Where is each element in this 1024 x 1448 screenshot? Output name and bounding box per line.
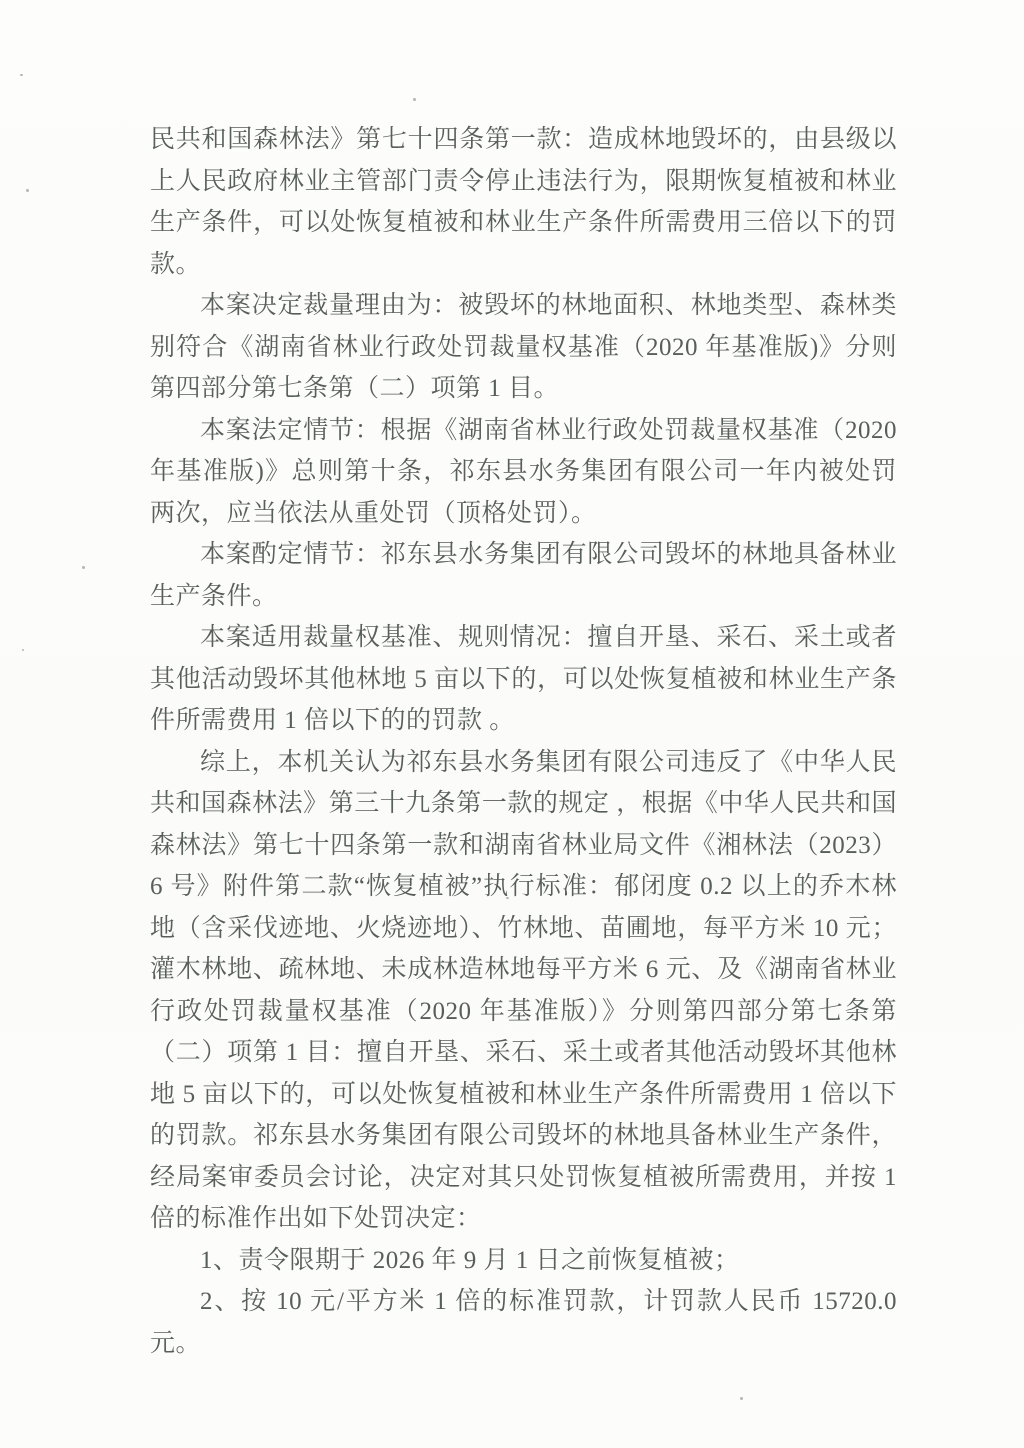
- scan-speck: [82, 566, 85, 569]
- paragraph-discretionary-circumstances: 本案酌定情节：祁东县水务集团有限公司毁坏的林地具备林业生产条件。: [150, 534, 897, 617]
- scan-speck: [437, 676, 439, 678]
- scan-speck: [26, 189, 29, 192]
- scan-speck: [740, 1397, 743, 1400]
- scan-speck: [506, 897, 509, 899]
- paragraph-applicable-benchmark: 本案适用裁量权基准、规则情况：擅自开垦、采石、采土或者其他活动毁坏其他林地 5 …: [150, 617, 897, 742]
- decision-item-1: 1、责令限期于 2026 年 9 月 1 日之前恢复植被；: [150, 1240, 897, 1282]
- paragraph-statutory-circumstances: 本案法定情节：根据《湖南省林业行政处罚裁量权基准（2020 年基准版)》总则第十…: [150, 410, 897, 535]
- scan-speck: [388, 500, 390, 502]
- paragraph-discretion-reason: 本案决定裁量理由为：被毁坏的林地面积、林地类型、森林类别符合《湖南省林业行政处罚…: [150, 285, 897, 410]
- document-page: 民共和国森林法》第七十四条第一款：造成林地毁坏的，由县级以上人民政府林业主管部门…: [0, 0, 1024, 1448]
- document-body: 民共和国森林法》第七十四条第一款：造成林地毁坏的，由县级以上人民政府林业主管部门…: [150, 119, 897, 1364]
- paragraph-conclusion: 综上，本机关认为祁东县水务集团有限公司违反了《中华人民共和国森林法》第三十九条第…: [150, 742, 897, 1240]
- decision-item-2: 2、按 10 元/平方米 1 倍的标准罚款，计罚款人民币 15720.0 元。: [150, 1281, 897, 1364]
- scan-speck: [20, 74, 23, 76]
- scan-speck: [22, 649, 24, 651]
- paragraph-legal-basis-continuation: 民共和国森林法》第七十四条第一款：造成林地毁坏的，由县级以上人民政府林业主管部门…: [150, 119, 897, 285]
- scan-speck: [413, 98, 416, 101]
